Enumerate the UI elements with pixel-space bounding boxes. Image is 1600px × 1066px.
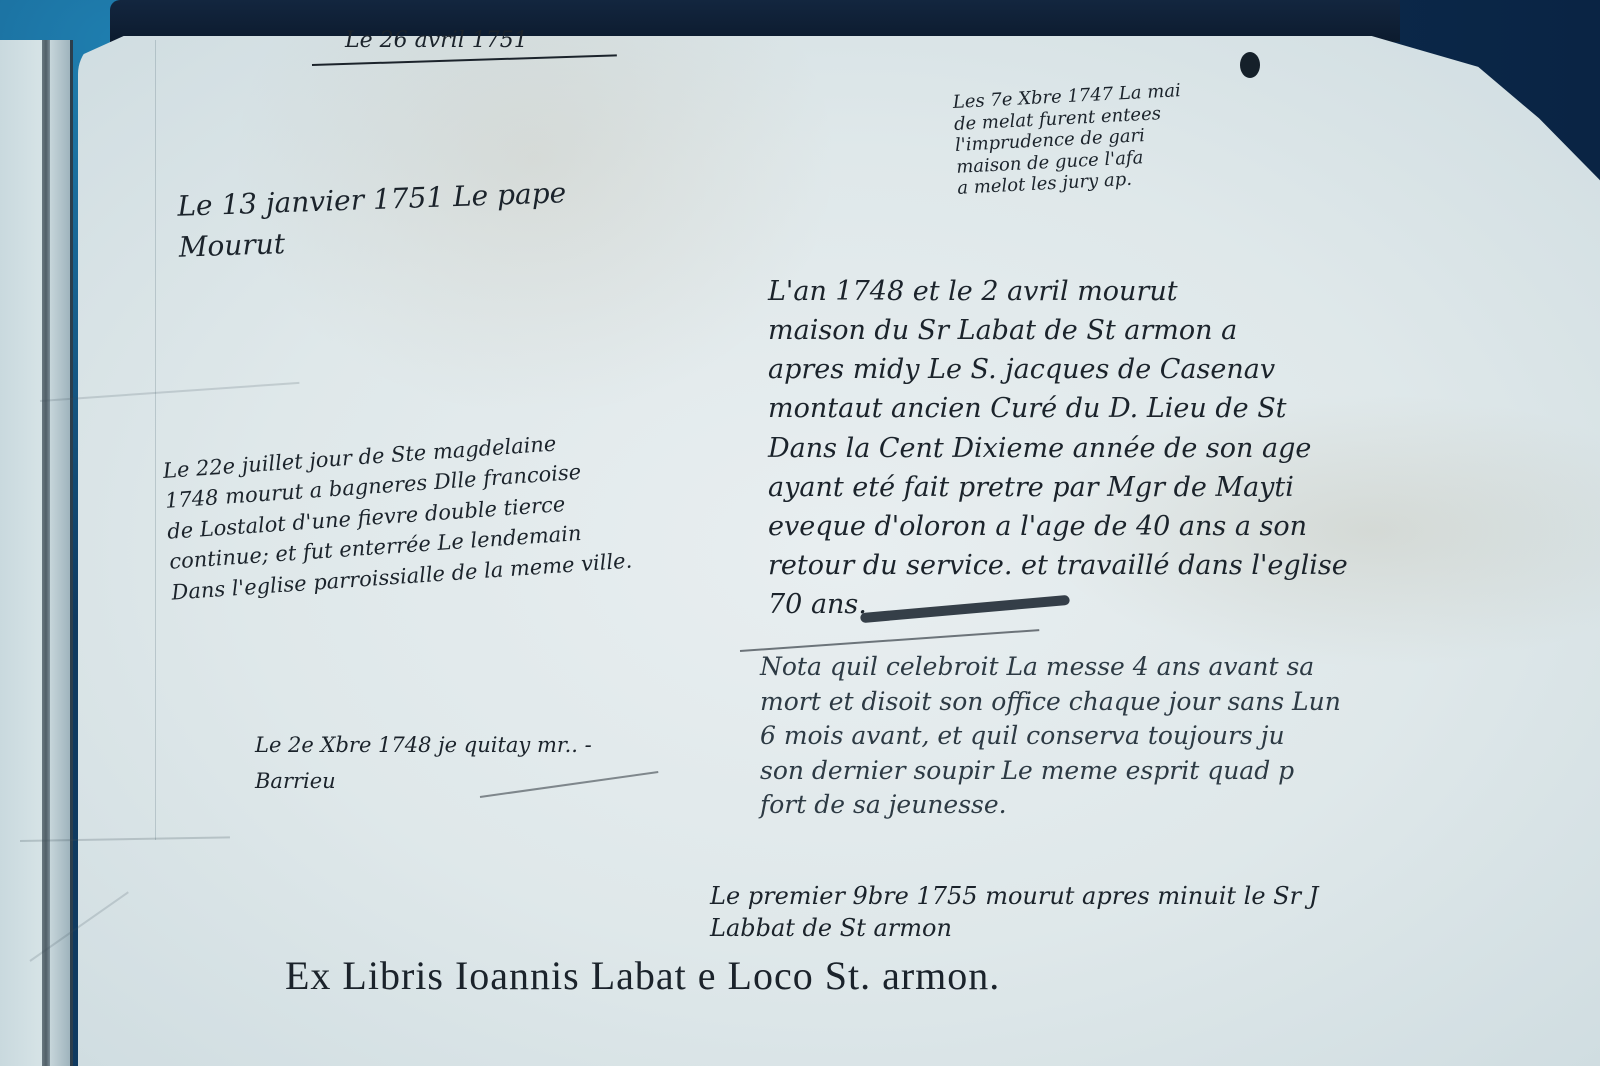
pope-death-entry: Le 13 janvier 1751 Le pape Mourut [177,173,569,268]
ex-libris-inscription: Ex Libris Ioannis Labat e Loco St. armon… [285,952,1000,999]
left-page-edge [0,40,73,1066]
ink-blot [1240,52,1260,78]
nota-entry: Nota quil celebroit La messe 4 ans avant… [760,650,1341,823]
book-cover-edge [110,0,1400,42]
labat-death-entry: Le premier 9bre 1755 mourut apres minuit… [710,880,1318,945]
cure-death-entry: L'an 1748 et le 2 avril mourut maison du… [768,272,1348,624]
header-date: Le 26 avril 1751 [345,28,528,54]
francoise-death-entry: Le 22e juillet jour de Ste magdelaine 17… [162,424,633,608]
page-fold-line [155,40,156,840]
top-right-note: Les 7e Xbre 1747 La mai de melat furent … [952,80,1186,200]
